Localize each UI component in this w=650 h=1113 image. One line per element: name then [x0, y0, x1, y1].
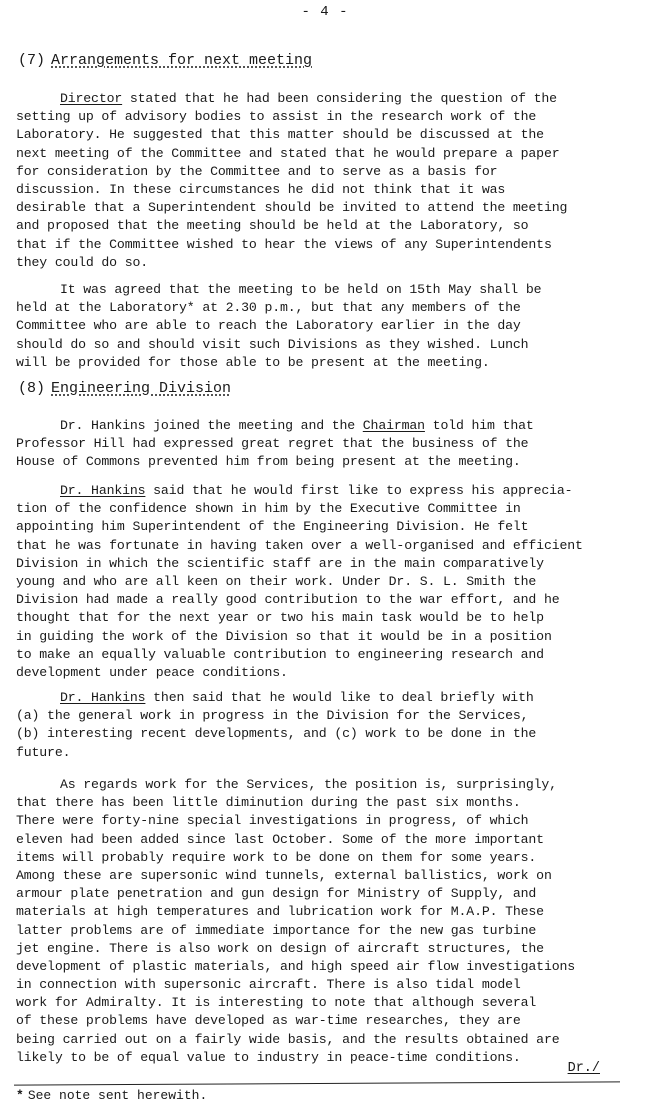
text-line: appointing him Superintendent of the Eng…: [16, 518, 646, 536]
text-line: Laboratory. He suggested that this matte…: [16, 126, 646, 144]
text-line: Division in which the scientific staff a…: [16, 555, 646, 573]
section-heading-8: (8)Engineering Division: [18, 380, 231, 397]
text-line: Committee who are able to reach the Labo…: [16, 317, 646, 335]
text-line: Among these are supersonic wind tunnels,…: [16, 867, 646, 885]
paragraph-meeting-agreement: It was agreed that the meeting to be hel…: [16, 281, 646, 372]
text-line: in connection with supersonic aircraft. …: [16, 976, 646, 994]
line-start: Dr. Hankins joined the meeting and the: [60, 418, 363, 433]
text-line: Dr. Hankins said that he would first lik…: [16, 482, 646, 500]
section-number: (7): [18, 52, 45, 69]
text-line: Dr. Hankins then said that he would like…: [16, 689, 646, 707]
page-number: - 4 -: [0, 4, 650, 20]
paragraph-director-statement: Director stated that he had been conside…: [16, 90, 646, 272]
text-line: thought that for the next year or two hi…: [16, 609, 646, 627]
text-line: that if the Committee wished to hear the…: [16, 236, 646, 254]
chairman-word: Chairman: [363, 418, 425, 433]
footnote-text: See note sent herewith.: [28, 1088, 207, 1103]
section-number: (8): [18, 380, 45, 397]
speaker-name: Director: [60, 91, 122, 106]
line-rest: said that he would first like to express…: [145, 483, 572, 498]
text-line: work for Admiralty. It is interesting to…: [16, 994, 646, 1012]
text-line: that there has been little diminution du…: [16, 794, 646, 812]
text-line: will be provided for those able to be pr…: [16, 354, 646, 372]
paragraph-hankins-joined: Dr. Hankins joined the meeting and the C…: [16, 417, 646, 472]
footnote-divider: [14, 1081, 620, 1085]
continuation-marker: Dr./: [568, 1061, 600, 1076]
text-line: development of plastic materials, and hi…: [16, 958, 646, 976]
text-line: being carried out on a fairly wide basis…: [16, 1031, 646, 1049]
text-line: to make an equally valuable contribution…: [16, 646, 646, 664]
text-line: development under peace conditions.: [16, 664, 646, 682]
text-line: House of Commons prevented him from bein…: [16, 453, 646, 471]
paragraph-hankins-appreciation: Dr. Hankins said that he would first lik…: [16, 482, 646, 682]
text-line: discussion. In these circumstances he di…: [16, 181, 646, 199]
section-title: Arrangements for next meeting: [51, 52, 312, 69]
text-line: desirable that a Superintendent should b…: [16, 199, 646, 217]
text-line: Division had made a really good contribu…: [16, 591, 646, 609]
text-line: for consideration by the Committee and t…: [16, 163, 646, 181]
text-line: There were forty-nine special investigat…: [16, 812, 646, 830]
text-line: materials at high temperatures and lubri…: [16, 903, 646, 921]
text-line: armour plate penetration and gun design …: [16, 885, 646, 903]
text-line: that he was fortunate in having taken ov…: [16, 537, 646, 555]
paragraph-hankins-topics: Dr. Hankins then said that he would like…: [16, 689, 646, 762]
text-line: next meeting of the Committee and stated…: [16, 145, 646, 163]
text-line: Dr. Hankins joined the meeting and the C…: [16, 417, 646, 435]
text-line: they could do so.: [16, 254, 646, 272]
text-line: Professor Hill had expressed great regre…: [16, 435, 646, 453]
text-line: held at the Laboratory* at 2.30 p.m., bu…: [16, 299, 646, 317]
document-page: - 4 - (7)Arrangements for next meeting D…: [0, 0, 650, 1113]
text-line: (a) the general work in progress in the …: [16, 707, 646, 725]
text-line: should do so and should visit such Divis…: [16, 336, 646, 354]
text-line: in guiding the work of the Division so t…: [16, 628, 646, 646]
line-rest: then said that he would like to deal bri…: [145, 690, 533, 705]
text-line: jet engine. There is also work on design…: [16, 940, 646, 958]
text-line: tion of the confidence shown in him by t…: [16, 500, 646, 518]
section-title: Engineering Division: [51, 380, 231, 397]
text-line: eleven had been added since last October…: [16, 831, 646, 849]
text-line: of these problems have developed as war-…: [16, 1012, 646, 1030]
line-rest: stated that he had been considering the …: [122, 91, 557, 106]
line-end: told him that: [425, 418, 534, 433]
footnote: *See note sent herewith.: [16, 1088, 207, 1103]
text-line: It was agreed that the meeting to be hel…: [16, 281, 646, 299]
speaker-name: Dr. Hankins: [60, 690, 145, 705]
paragraph-services-work: As regards work for the Services, the po…: [16, 776, 646, 1067]
text-line: As regards work for the Services, the po…: [16, 776, 646, 794]
speaker-name: Dr. Hankins: [60, 483, 145, 498]
asterisk-marker: *: [16, 1088, 24, 1103]
text-line: (b) interesting recent developments, and…: [16, 725, 646, 743]
continuation-text: Dr./: [568, 1061, 600, 1076]
text-line: young and who are all keen on their work…: [16, 573, 646, 591]
text-line: Director stated that he had been conside…: [16, 90, 646, 108]
text-line: latter problems are of immediate importa…: [16, 922, 646, 940]
section-heading-7: (7)Arrangements for next meeting: [18, 52, 312, 69]
text-line: and proposed that the meeting should be …: [16, 217, 646, 235]
text-line: likely to be of equal value to industry …: [16, 1049, 646, 1067]
text-line: setting up of advisory bodies to assist …: [16, 108, 646, 126]
text-line: items will probably require work to be d…: [16, 849, 646, 867]
text-line: future.: [16, 744, 646, 762]
